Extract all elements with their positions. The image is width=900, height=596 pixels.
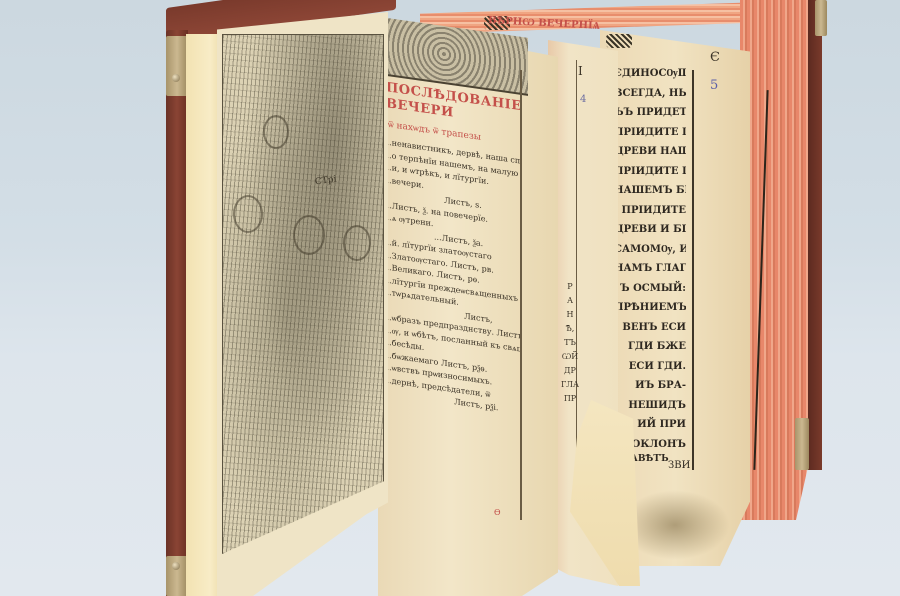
text-line: А — [560, 294, 580, 308]
text-line: Ѣ, — [560, 322, 580, 336]
brass-corner-top-left — [166, 36, 188, 96]
text-line: ИЪ БРА- — [614, 376, 686, 396]
right-page-text-column: ЄДИНОСѸЩНѢЙ И ВСЕГДА, НЫНѢ ЪЪ ПРИДЕТОЛ. … — [614, 64, 686, 454]
text-line: Н — [560, 308, 580, 322]
text-line: ЄДИНОСѸЩНѢЙ И — [614, 64, 686, 84]
text-line: ПР — [560, 392, 580, 406]
book-photograph: ВѢРНѠ ВЕЧЕРНЇѦ Є 5 ЄДИНОСѸЩНѢЙ И ВСЕГДА,… — [0, 0, 900, 596]
text-line: ВЕНЪ ЕСИ — [614, 318, 686, 338]
text-line: ЪЪ ПРИДЕТОЛ. — [614, 103, 686, 123]
right-page-frame-rule — [692, 70, 694, 470]
text-line: ТЪ — [560, 336, 580, 350]
right-page-folio: Є — [710, 50, 720, 65]
text-line: Ъ ОСМЫЙ: — [614, 279, 686, 299]
text-line: ГЛА — [560, 378, 580, 392]
signature-mark: Ѳ — [494, 508, 501, 517]
woodcut-illustration-holy-trinity — [222, 34, 384, 554]
text-line: САМОМѸ, И ПРИ- — [614, 240, 686, 260]
narrow-leaf-pencil-number: 4 — [580, 94, 586, 105]
brass-corner-bottom-right — [795, 418, 809, 470]
text-line: НЕШИДЪ — [614, 396, 686, 416]
text-line: ДР — [560, 364, 580, 378]
text-line: ВСЕГДА, НЫНѢ — [614, 84, 686, 104]
rivet-icon — [172, 562, 180, 570]
text-line: НАМЪ ГЛАГОЛОМЪ — [614, 259, 686, 279]
brass-corner-top-right — [815, 0, 827, 36]
text-line: ПРІИДИТЕ ПО- — [614, 162, 686, 182]
text-line: НАШЕМЪ БГѸ. — [614, 181, 686, 201]
leather-cover-front-board — [166, 30, 188, 596]
halo-icon — [343, 225, 371, 261]
signature-mark: ЗВИ — [668, 460, 690, 471]
contents-text-block: ...ненавистникъ, дервѣ, наша сп. ...о те… — [384, 136, 522, 418]
halo-icon — [293, 215, 325, 255]
narrow-leaf-folio: І — [578, 64, 583, 78]
halo-icon — [263, 115, 289, 149]
header-ornament-icon — [606, 34, 632, 48]
halo-icon — [233, 195, 263, 233]
text-line: ПРІИДИТЕ ПОКЛО- — [614, 123, 686, 143]
brass-corner-bottom-left — [166, 556, 188, 596]
text-line: ЦРЕВИ НАШЕМЪ ГЛА. — [614, 142, 686, 162]
narrow-leaf-text-fragment: Р А Н Ѣ, ТЪ ѠЙ ДР ГЛА ПР — [560, 280, 580, 406]
leather-cover-back-board — [808, 0, 822, 470]
rivet-icon — [172, 74, 180, 82]
text-line: ѠЙ — [560, 350, 580, 364]
right-page-pencil-number: 5 — [710, 78, 718, 93]
contents-frame-rule — [520, 70, 522, 520]
text-line: ГДИ БЖЕ — [614, 337, 686, 357]
text-line: ЕСИ ГДИ. — [614, 357, 686, 377]
text-line: ЦРЕВИ И БГѸ — [614, 220, 686, 240]
text-line: Р — [560, 280, 580, 294]
text-line: : ПРІИДИТЕ — [614, 201, 686, 221]
text-line: ПРѢНИЕМЪ, — [614, 298, 686, 318]
